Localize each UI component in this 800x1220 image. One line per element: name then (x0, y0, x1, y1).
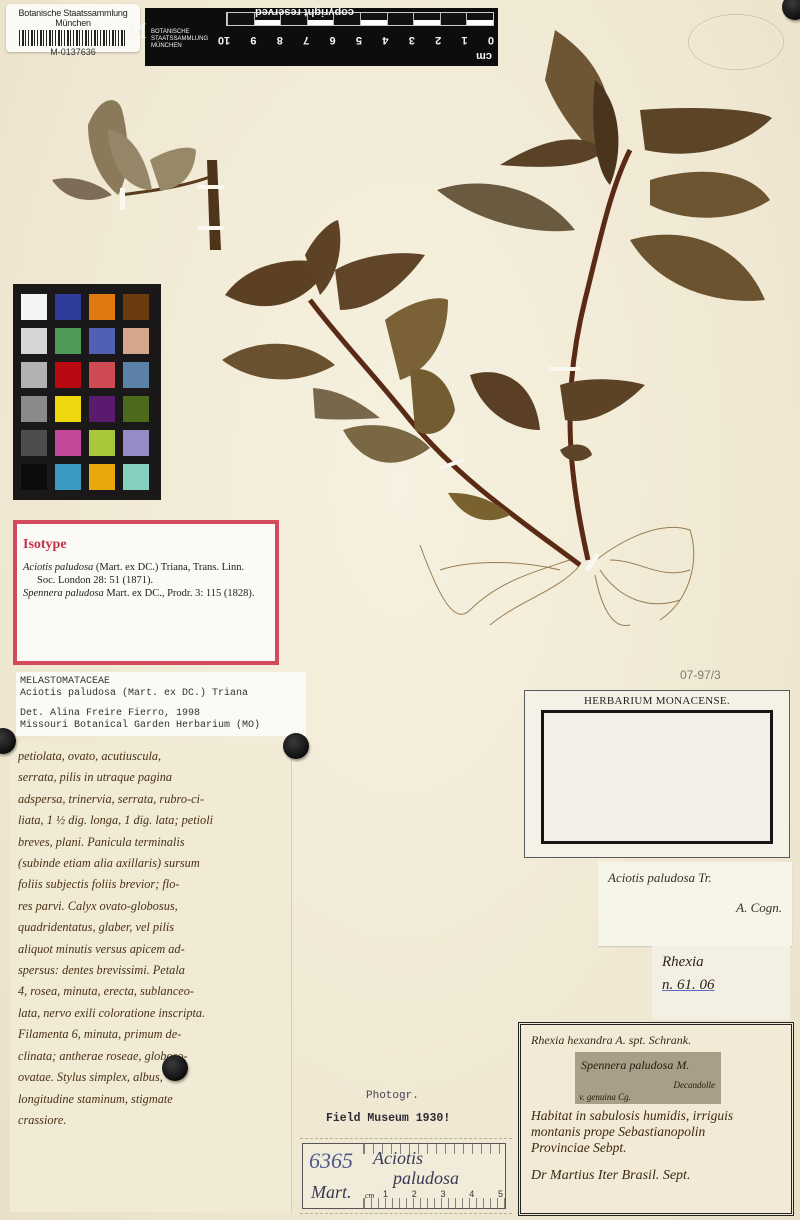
scale-unit: cm (476, 50, 492, 62)
color-swatch (55, 396, 81, 422)
color-swatch (89, 430, 115, 456)
color-swatch (89, 464, 115, 490)
basionym-citation: Spennera paludosa Mart. ex DC., Prodr. 3… (23, 587, 269, 600)
color-swatch (89, 362, 115, 388)
citation-continued: Soc. London 28: 51 (1871). (23, 574, 269, 587)
accepted-name-citation: Aciotis paludosa (Mart. ex DC.) Triana, … (23, 561, 269, 574)
habitat-line: montanis prope Sebastianopolin (531, 1124, 781, 1140)
manuscript-line: crassiore. (18, 1110, 283, 1131)
manuscript-line: (subinde etiam alia axillaris) sursum (18, 853, 283, 874)
negative-taxon: Aciotis paludosa (373, 1148, 459, 1188)
photo-stamp: Photogr. (366, 1090, 419, 1102)
isotype-label: Isotype Aciotis paludosa (Mart. ex DC.) … (13, 520, 279, 665)
color-swatch (123, 362, 149, 388)
family-name: MELASTOMATACEAE (20, 676, 302, 688)
negative-number: 6365 (309, 1148, 353, 1174)
martius-original-label: Rhexia hexandra A. spt. Schrank. Spenner… (518, 1022, 794, 1216)
color-swatch (55, 328, 81, 354)
collector-abbrev: Mart. (311, 1182, 352, 1203)
determination-slip-rhexia: Rhexia n. 61. 06 (652, 946, 790, 1020)
slip-number: n. 61. 06 (662, 977, 780, 994)
color-swatch (123, 294, 149, 320)
manuscript-line: foliis subjectis foliis brevior; flo- (18, 874, 283, 895)
color-swatch (55, 464, 81, 490)
color-swatch (123, 396, 149, 422)
manuscript-line: lata, nervo exili coloratione inscripta. (18, 1003, 283, 1024)
color-swatch (89, 294, 115, 320)
manuscript-line: aliquot minutis versus apicem ad- (18, 939, 283, 960)
scale-tick: 8 (256, 34, 282, 46)
scale-tick: 1 (441, 34, 467, 46)
embossed-stamp (688, 14, 784, 70)
color-swatch (89, 328, 115, 354)
color-swatch (123, 328, 149, 354)
color-swatch (89, 396, 115, 422)
inset-author: Decandolle (674, 1080, 715, 1090)
type-status: Isotype (23, 538, 269, 551)
manuscript-line: breves, plani. Panicula terminalis (18, 832, 283, 853)
determination-label: MELASTOMATACEAE Aciotis paludosa (Mart. … (16, 672, 306, 736)
color-swatch (55, 430, 81, 456)
manuscript-line: 4, rosea, minuta, erecta, sublanceo- (18, 981, 283, 1002)
cm-scale (363, 1198, 505, 1208)
color-swatch (21, 430, 47, 456)
slip-taxon: Aciotis paludosa Tr. (608, 870, 782, 886)
scale-tick: 9 (230, 34, 256, 46)
handwritten-description: petiolata, ovato, acutiuscula, serrata, … (10, 742, 292, 1212)
color-calibration-chart (13, 284, 161, 500)
inset-variety: v. genuina Cg. (579, 1092, 631, 1102)
scale-tick: 0 (468, 34, 494, 46)
manuscript-line: quadridentatus, glaber, vel pilis (18, 917, 283, 938)
barcode-label: Botanische Staatssammlung München M-0137… (6, 4, 140, 52)
manuscript-line: clinata; antherae roseae, globoso- (18, 1046, 283, 1067)
habitat-line: Provinciae Sebpt. (531, 1140, 781, 1156)
barcode-number: M-0137636 (6, 47, 140, 57)
scale-tick: 7 (283, 34, 309, 46)
herbarium-monacense-label: HERBARIUM MONACENSE. (524, 690, 790, 858)
mounting-pin (162, 1055, 188, 1081)
color-swatch (21, 464, 47, 490)
collector-line: Dr Martius Iter Brasil. Sept. (531, 1168, 781, 1184)
institution-name: Botanische Staatssammlung München (6, 8, 140, 28)
determination-institution: Missouri Botanical Garden Herbarium (MO) (20, 720, 302, 732)
logo-icon: M (127, 27, 147, 34)
taxon-name: Aciotis paludosa (Mart. ex DC.) Triana (20, 688, 302, 700)
scale-tick: 3 (388, 34, 414, 46)
scale-tick: 4 (362, 34, 388, 46)
empty-label-frame (541, 710, 773, 844)
habitat-line: Habitat in sabulosis humidis, irriguis (531, 1108, 781, 1124)
barcode (19, 30, 127, 46)
determiner: Det. Alina Freire Fierro, 1998 (20, 708, 302, 720)
color-swatch (21, 328, 47, 354)
color-swatch (55, 294, 81, 320)
institution-logo: M BOTANISCHE STAATSSAMMLUNG MÜNCHEN (151, 29, 231, 50)
slip-genus: Rhexia (662, 954, 780, 971)
manuscript-line: ovatae. Stylus simplex, albus, (18, 1067, 283, 1088)
manuscript-line: adspersa, trinervia, serrata, rubro-ci- (18, 789, 283, 810)
slip-signature: A. Cogn. (608, 900, 782, 916)
manuscript-line: petiolata, ovato, acutiuscula, (18, 746, 283, 767)
mounting-pin (283, 733, 309, 759)
manuscript-line: longitudine staminum, stigmate (18, 1089, 283, 1110)
manuscript-line: liata, 1 ½ dig. longa, 1 dig. lata; peti… (18, 810, 283, 831)
field-museum-negative-card: 6365 Mart. Aciotis paludosa cm 1 2 3 4 5 (300, 1138, 512, 1214)
color-swatch (123, 430, 149, 456)
determination-slip-cogniaux: Aciotis paludosa Tr. A. Cogn. (598, 862, 792, 946)
color-swatch (123, 464, 149, 490)
pasted-name-slip: Spennera paludosa M. Decandolle v. genui… (575, 1052, 721, 1104)
scale-tick: 5 (336, 34, 362, 46)
copyright-notice: copyright reserved (255, 6, 354, 18)
color-swatch (55, 362, 81, 388)
inset-taxon: Spennera paludosa M. (581, 1058, 715, 1073)
scale-tick: 6 (309, 34, 335, 46)
scale-tick: 2 (415, 34, 441, 46)
original-name: Rhexia hexandra A. spt. Schrank. (531, 1033, 781, 1048)
color-swatch (21, 396, 47, 422)
manuscript-line: res parvi. Calyx ovato-globosus, (18, 896, 283, 917)
herbarium-header: HERBARIUM MONACENSE. (531, 695, 783, 707)
manuscript-line: Filamenta 6, minuta, primum de- (18, 1024, 283, 1045)
manuscript-line: serrata, pilis in utraque pagina (18, 767, 283, 788)
color-swatch (21, 294, 47, 320)
negative-ruler: 6365 Mart. Aciotis paludosa cm 1 2 3 4 5 (302, 1143, 506, 1209)
manuscript-line: spersus: dentes brevissimi. Petala (18, 960, 283, 981)
accession-note: 07-97/3 (680, 668, 721, 682)
color-swatch (21, 362, 47, 388)
field-museum-stamp: Field Museum 1930! (326, 1112, 450, 1125)
